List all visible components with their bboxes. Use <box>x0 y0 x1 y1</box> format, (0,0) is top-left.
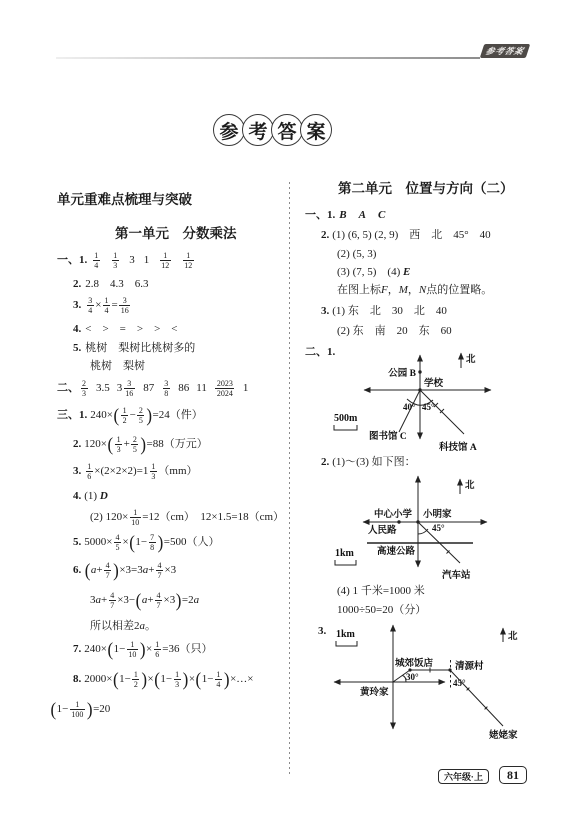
paren: ) <box>183 670 189 689</box>
paren: ) <box>140 435 146 454</box>
text-run: 1− <box>57 703 69 717</box>
text-run: E <box>403 266 410 280</box>
text-run: 第一单元 分数乘法 <box>115 226 237 243</box>
text-run: C <box>378 209 385 223</box>
fraction: 110 <box>130 508 141 527</box>
fraction: 13 <box>115 435 122 454</box>
paren: ( <box>136 591 142 610</box>
angle-right-label: 45° <box>422 402 435 412</box>
spacer <box>189 388 196 389</box>
text-run: 3. <box>321 305 329 319</box>
text-run: (3) (7, 5) (4) <box>337 266 403 280</box>
paren: ) <box>87 700 93 719</box>
text-run: =500（人） <box>164 536 220 550</box>
text-run: 2. <box>321 229 329 243</box>
text-run: 单元重难点梳理与突破 <box>57 192 192 209</box>
answer-line: (1−1100)=20 <box>50 700 110 719</box>
school-label: 中心小学 <box>374 508 413 520</box>
paren: ( <box>85 561 91 580</box>
text-run: 三、 <box>57 409 79 423</box>
answer-line: 6.(a+47)×3=3a+47×3 <box>73 561 176 580</box>
text-run: 点的位置略。 <box>426 284 492 298</box>
diagram-xiaoming-map: 北 中心小学 小明家 人民路 45° 高速公路 汽车站 1km <box>303 466 577 584</box>
text-run: 120× <box>84 438 107 452</box>
text-run: × <box>95 299 101 313</box>
spacer <box>101 260 110 261</box>
fraction: 23 <box>81 379 88 398</box>
page-title: 参考答案 <box>213 114 332 146</box>
text-run: 1− <box>114 643 126 657</box>
text-run: 一、 <box>305 209 327 223</box>
unit1-title: 第一单元 分数乘法 <box>115 226 237 243</box>
spacer <box>120 260 129 261</box>
ray-to-science <box>420 390 464 434</box>
text-run: 11 <box>196 382 207 396</box>
answer-line: 3.(1) 东 北 30 北 40 <box>321 305 447 319</box>
diagram-huangling-map: 1km 北 黄玲家 城郊饭店 清源村 30° 45° 姥姥家 <box>303 620 580 772</box>
answer-line: 3.34×14=316 <box>73 296 132 315</box>
fraction: 13 <box>174 670 181 689</box>
text-run: < > = > > < <box>85 323 177 337</box>
answer-line: 2.(1) (6, 5) (2, 9) 西 北 45° 40 <box>321 229 491 243</box>
mixed-number: 3316 <box>117 379 137 398</box>
text-run: ×3=3 <box>119 564 142 578</box>
fraction: 20232024 <box>215 379 234 398</box>
answer-line: 三、1.240×(12−25)=24（件） <box>57 406 203 425</box>
compass-label: 北 <box>466 353 476 365</box>
fraction: 25 <box>131 435 138 454</box>
compass-label: 北 <box>508 630 518 642</box>
fraction: 112 <box>183 251 194 270</box>
spacer <box>81 471 84 472</box>
text-run: 一、 <box>57 254 79 268</box>
text-run: a <box>194 594 200 608</box>
answer-line: 桃树 梨树 <box>90 360 145 374</box>
angle-center-label: 30° <box>406 672 419 682</box>
answer-line: 一、1.BAC <box>305 209 385 223</box>
paren: ( <box>129 533 135 552</box>
section-heading: 单元重难点梳理与突破 <box>57 192 192 209</box>
title-char-circle: 参 <box>213 114 245 146</box>
spacer <box>136 388 143 389</box>
text-run: (4) 1 千米=1000 米 <box>337 585 425 599</box>
text-run: 1. <box>327 209 335 223</box>
answer-line: 3a+47×3−(a+47×3)=2a <box>90 591 199 610</box>
answer-line: (3) (7, 5) (4) E <box>337 266 410 280</box>
paren: ( <box>154 670 160 689</box>
spacer <box>154 388 161 389</box>
park-label: 公园 B <box>388 367 416 379</box>
paren: ( <box>196 670 202 689</box>
text-run: (1) (6, 5) (2, 9) 西 北 45° 40 <box>332 229 490 243</box>
fraction: 47 <box>109 591 116 610</box>
answer-line: 二、233.5331687388611202320241 <box>57 379 248 398</box>
answer-line: 2.120×(13+25)=88（万元） <box>73 435 208 454</box>
text-run: 2. <box>73 278 81 292</box>
text-run: 3. <box>73 299 81 313</box>
text-run: 7. <box>73 643 81 657</box>
text-run: 1. <box>79 409 87 423</box>
fraction: 25 <box>137 406 144 425</box>
text-run: B <box>339 209 346 223</box>
text-run: ×…× <box>230 673 253 687</box>
text-run: 240× <box>84 643 107 657</box>
huang-home-label: 黄玲家 <box>360 686 389 698</box>
scale-bar <box>335 560 356 565</box>
text-run: =2 <box>182 594 194 608</box>
highway-label: 高速公路 <box>377 545 416 557</box>
science-label: 科技馆 A <box>438 441 477 453</box>
text-run: 1− <box>119 673 131 687</box>
text-run: ×3− <box>117 594 135 608</box>
text-run: 8. <box>73 673 81 687</box>
text-run: 所以相差2 <box>90 620 140 634</box>
paren: ) <box>158 533 164 552</box>
footer-page-number: 81 <box>499 766 527 784</box>
answer-line: (2) 东 南 20 东 60 <box>337 325 452 339</box>
text-run: 1− <box>135 536 147 550</box>
park-point <box>418 370 421 373</box>
answer-line: (2) 120×110=12（cm） 12×1.5=18（cm） <box>90 508 284 527</box>
text-run: × <box>122 536 128 550</box>
fraction: 316 <box>124 379 135 398</box>
library-label: 图书馆 C <box>369 430 407 442</box>
compass-label: 北 <box>465 479 475 491</box>
fraction: 110 <box>127 640 138 659</box>
text-run: ， <box>408 284 419 298</box>
fraction: 112 <box>160 251 171 270</box>
text-run: 2.8 4.3 6.3 <box>85 278 148 292</box>
paren: ) <box>140 640 146 659</box>
school-point <box>397 520 400 523</box>
paren: ( <box>113 406 119 425</box>
spacer <box>135 260 144 261</box>
text-run: 桃树 梨树比桃树多的 <box>85 342 195 356</box>
answer-line: 4.< > = > > < <box>73 323 177 337</box>
ming-home-label: 小明家 <box>423 508 452 520</box>
spacer <box>81 305 85 306</box>
text-run: 1. <box>79 254 87 268</box>
paren: ( <box>113 670 119 689</box>
answer-line: 7.240×(1−110)×16=36（只） <box>73 640 212 659</box>
text-run: 240× <box>90 409 113 423</box>
fraction: 13 <box>112 251 119 270</box>
scale-label: 500m <box>334 413 358 424</box>
text-run: （mm） <box>158 465 197 479</box>
fraction: 16 <box>86 462 93 481</box>
spacer <box>87 260 91 261</box>
text-run: 4. <box>73 490 81 504</box>
spacer <box>366 215 378 216</box>
paren: ( <box>107 640 113 659</box>
text-run: ×3 <box>164 564 176 578</box>
text-run: (1) 东 北 30 北 40 <box>332 305 447 319</box>
fraction: 316 <box>119 296 130 315</box>
text-run: × <box>146 643 152 657</box>
answer-line: (4) 1 千米=1000 米 <box>337 585 425 599</box>
text-run: ×(2×2×2)= <box>94 465 143 479</box>
title-char-circle: 考 <box>242 114 274 146</box>
text-run: = <box>111 299 117 313</box>
answer-line: 3.16×(2×2×2)=113（mm） <box>73 462 198 481</box>
text-run: (2) 东 南 20 东 60 <box>337 325 452 339</box>
text-run: 4. <box>73 323 81 337</box>
text-run: + <box>124 438 130 452</box>
text-run: 1000÷50=20（分） <box>337 604 426 618</box>
text-run: 3. <box>73 465 81 479</box>
answer-line: 1000÷50=20（分） <box>337 604 426 618</box>
answer-line: 4.(1) D <box>73 490 108 504</box>
answer-line: 一、1.141331112112 <box>57 251 195 270</box>
paren: ) <box>224 670 230 689</box>
scale-label: 1km <box>335 548 355 559</box>
angle-left-label: 40° <box>403 402 416 412</box>
spacer <box>207 388 214 389</box>
fraction: 13 <box>150 462 157 481</box>
scale-bar <box>336 641 357 646</box>
fraction: 16 <box>154 640 161 659</box>
text-run: + <box>101 594 107 608</box>
paren: ) <box>113 561 119 580</box>
text-run: M <box>399 284 408 298</box>
spacer <box>171 388 178 389</box>
text-run: 桃树 梨树 <box>90 360 145 374</box>
text-run: ×3 <box>164 594 176 608</box>
text-run: (2) (5, 3) <box>337 248 376 262</box>
grandma-home-label: 姥姥家 <box>488 729 518 741</box>
fraction: 47 <box>155 591 162 610</box>
text-run: =36（只） <box>162 643 212 657</box>
text-run: 87 <box>143 382 154 396</box>
answer-line: 2.2.8 4.3 6.3 <box>73 278 149 292</box>
angle-label: 45° <box>432 523 445 533</box>
spacer <box>236 388 243 389</box>
answer-line: 在图上标F，M，N点的位置略。 <box>337 284 492 298</box>
header-rule <box>56 57 480 59</box>
text-run: =20 <box>93 703 110 717</box>
fraction: 12 <box>132 670 139 689</box>
paren: ( <box>107 435 113 454</box>
paren: ( <box>51 700 57 719</box>
text-run: + <box>148 564 154 578</box>
text-run: D <box>100 490 108 504</box>
fraction: 34 <box>87 296 94 315</box>
text-run: × <box>148 673 154 687</box>
fraction: 47 <box>104 561 111 580</box>
text-run: 。 <box>145 620 156 634</box>
fraction: 78 <box>149 533 156 552</box>
fraction: 14 <box>215 670 222 689</box>
unit2-title: 第二单元 位置与方向（二） <box>338 181 514 198</box>
diagram-school-map: 北 公园 B 学校 40° 45° 图书馆 C 科技馆 A 500m <box>303 346 577 460</box>
fraction: 45 <box>114 533 121 552</box>
text-run: 5. <box>73 536 81 550</box>
village-label: 清源村 <box>454 660 484 672</box>
text-run: 5. <box>73 342 81 356</box>
text-run: 1− <box>160 673 172 687</box>
answer-line: 5.5000×45×(1−78)=500（人） <box>73 533 219 552</box>
header-tag: 参考答案 <box>480 44 531 58</box>
title-char-circle: 案 <box>300 114 332 146</box>
text-run: =12（cm） 12×1.5=18（cm） <box>142 511 284 525</box>
paren: ) <box>141 670 147 689</box>
spacer <box>172 260 181 261</box>
text-run: 在图上标 <box>337 284 381 298</box>
text-run: × <box>189 673 195 687</box>
text-run: 2000× <box>84 673 112 687</box>
text-run: F <box>381 284 388 298</box>
text-run: =88（万元） <box>147 438 208 452</box>
spacer <box>89 388 96 389</box>
road-label: 人民路 <box>368 524 397 536</box>
scale-label: 1km <box>336 629 356 640</box>
footer-grade-badge: 六年级·上 <box>438 769 489 784</box>
scale-bar <box>334 425 357 430</box>
answer-line: 所以相差2a。 <box>90 620 156 634</box>
station-label: 汽车站 <box>442 569 471 581</box>
spacer <box>149 260 158 261</box>
school-label: 学校 <box>424 377 444 389</box>
fraction: 12 <box>121 406 128 425</box>
text-run: 2. <box>73 438 81 452</box>
answer-line: 5.桃树 梨树比桃树多的 <box>73 342 195 356</box>
text-run: 5000× <box>84 536 112 550</box>
restaurant-label: 城郊饭店 <box>395 657 434 669</box>
answer-line: 8.2000×(1−12)×(1−13)×(1−14)×…× <box>73 670 254 689</box>
text-run: 二、 <box>57 382 79 396</box>
text-run: + <box>96 564 102 578</box>
text-run: 3.5 <box>96 382 110 396</box>
column-divider <box>289 182 290 774</box>
text-run: 6. <box>73 564 81 578</box>
fraction: 14 <box>103 296 110 315</box>
text-run: A <box>359 209 366 223</box>
fraction: 14 <box>93 251 100 270</box>
spacer <box>110 388 117 389</box>
paren: ) <box>176 591 182 610</box>
text-run: 1− <box>202 673 214 687</box>
ray-to-grandma <box>450 670 503 726</box>
paren: ) <box>146 406 152 425</box>
text-run: 1 <box>243 382 249 396</box>
equal-tick-marks <box>434 403 444 413</box>
text-run: (1) <box>84 490 100 504</box>
title-char-circle: 答 <box>271 114 303 146</box>
text-run: =24（件） <box>153 409 203 423</box>
text-run: − <box>130 409 136 423</box>
text-run: (2) 120× <box>90 511 128 525</box>
fraction: 1100 <box>70 700 85 719</box>
spacer <box>347 215 359 216</box>
text-run: 86 <box>178 382 189 396</box>
text-run: ， <box>388 284 399 298</box>
mixed-number: 113 <box>143 462 159 481</box>
fraction: 47 <box>156 561 163 580</box>
text-run: N <box>419 284 426 298</box>
answer-line: (2) (5, 3) <box>337 248 376 262</box>
text-run: 第二单元 位置与方向（二） <box>338 181 514 198</box>
text-run: + <box>147 594 153 608</box>
fraction: 38 <box>163 379 170 398</box>
